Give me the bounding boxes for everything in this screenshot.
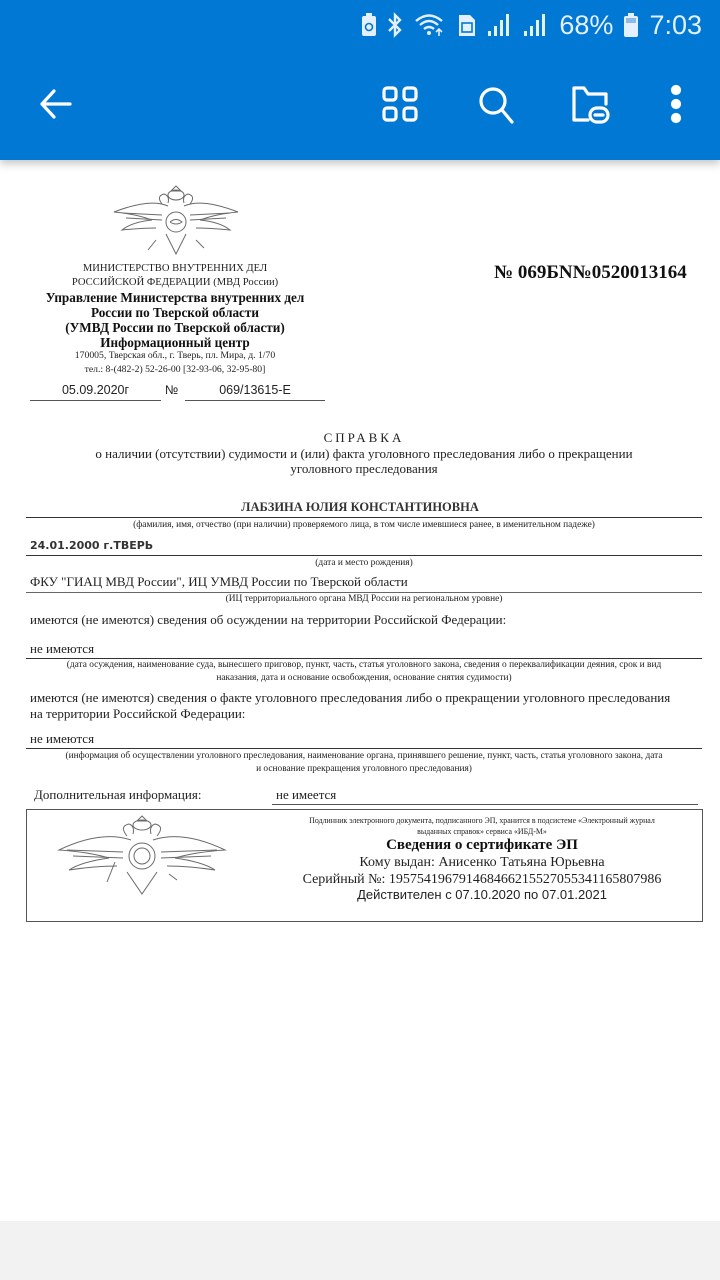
document-viewport[interactable]: МИНИСТЕРСТВО ВНУТРЕННИХ ДЕЛ РОССИЙСКОЙ Ф…: [0, 160, 720, 1221]
conviction-caption-2: наказания, дата и основание освобождения…: [20, 672, 708, 685]
ministry-line-2: РОССИЙСКОЙ ФЕДЕРАЦИИ (МВД России): [40, 276, 310, 290]
ministry-line-1: МИНИСТЕРСТВО ВНУТРЕННИХ ДЕЛ: [40, 262, 310, 276]
battery-icon: [623, 12, 639, 38]
document-page: МИНИСТЕРСТВО ВНУТРЕННИХ ДЕЛ РОССИЙСКОЙ Ф…: [0, 160, 720, 1221]
signal-2-icon: [523, 13, 549, 37]
signal-1-icon: [487, 13, 513, 37]
document-title: СПРАВКА: [0, 430, 720, 446]
subtitle-line-2: уголовного преследования: [40, 461, 688, 476]
birth-date-place: 24.01.2000 г.ТВЕРЬ: [30, 539, 153, 552]
mvd-emblem-icon: [112, 182, 240, 260]
certificate-validity: Действителен с 07.10.2020 по 07.01.2021: [267, 887, 697, 902]
back-button[interactable]: [32, 80, 80, 128]
registration-number-label: №: [165, 383, 178, 397]
clock: 7:03: [649, 10, 702, 41]
dept-line-2: России по Тверской области: [30, 305, 320, 320]
folder-link-icon: [570, 82, 614, 126]
search-button[interactable]: [472, 80, 520, 128]
certificate-issued-to: Кому выдан: Анисенко Татьяна Юрьевна: [267, 854, 697, 871]
battery-saver-icon: [361, 13, 377, 37]
prosecution-question-2: на территории Российской Федерации:: [30, 706, 710, 722]
person-name: ЛАБЗИНА ЮЛИЯ КОНСТАНТИНОВНА: [200, 500, 520, 515]
sim-icon: [457, 12, 477, 38]
thumbnails-button[interactable]: [376, 80, 424, 128]
registration-number: 069/13615-Е: [185, 383, 325, 401]
conviction-question: имеются (не имеются) сведения об осужден…: [30, 612, 506, 628]
prosecution-caption-1: (информация об осуществлении уголовного …: [20, 750, 708, 763]
prosecution-answer: не имеются: [30, 731, 94, 747]
birth-caption: (дата и место рождения): [26, 557, 702, 570]
person-name-caption: (фамилия, имя, отчество (при наличии) пр…: [26, 519, 702, 532]
search-icon: [476, 84, 516, 124]
phone: тел.: 8-(482-2) 52-26-00 [32-93-06, 32-9…: [30, 363, 320, 377]
arrow-left-icon: [36, 84, 76, 124]
more-vertical-icon: [666, 82, 686, 126]
subtitle-line-1: о наличии (отсутствии) судимости и (или)…: [40, 446, 688, 461]
prosecution-question-1: имеются (не имеются) сведения о факте уг…: [30, 690, 710, 706]
mvd-emblem-small-icon: [57, 814, 227, 898]
registration-date: 05.09.2020г: [30, 383, 161, 401]
conviction-answer: не имеются: [30, 641, 94, 657]
document-number: № 069БN№0520013164: [494, 262, 687, 284]
dept-line-3: (УМВД России по Тверской области): [30, 320, 320, 335]
share-link-button[interactable]: [568, 80, 616, 128]
dept-line-4: Информационный центр: [30, 335, 320, 350]
info-center: ФКУ "ГИАЦ МВД России", ИЦ УМВД России по…: [30, 574, 408, 590]
additional-info-label: Дополнительная информация:: [34, 787, 201, 803]
grid-icon: [380, 84, 420, 124]
status-bar: 68% 7:03: [361, 6, 702, 44]
dept-line-1: Управление Министерства внутренних дел: [30, 290, 320, 305]
prosecution-caption-2: и основание прекращения уголовного пресл…: [20, 763, 708, 776]
app-bar: 68% 7:03: [0, 0, 720, 160]
battery-percent: 68%: [559, 10, 613, 41]
address: 170005, Тверская обл., г. Тверь, пл. Мир…: [30, 349, 320, 363]
more-options-button[interactable]: [652, 80, 700, 128]
wifi-icon: [413, 12, 447, 38]
bluetooth-icon: [387, 12, 403, 38]
signature-note-2: выданных справок» сервиса «ИБД-М»: [267, 826, 697, 837]
info-center-caption: (ИЦ территориального органа МВД России н…: [26, 593, 702, 606]
certificate-title: Сведения о сертификате ЭП: [267, 837, 697, 854]
signature-certificate-box: Подлинник электронного документа, подпис…: [26, 809, 703, 922]
signature-note-1: Подлинник электронного документа, подпис…: [267, 815, 697, 826]
additional-info-value: не имеется: [276, 787, 336, 803]
conviction-caption-1: (дата осуждения, наименование суда, выне…: [20, 659, 708, 672]
certificate-serial: Серийный №: 1957541967914684662155270553…: [267, 871, 697, 888]
